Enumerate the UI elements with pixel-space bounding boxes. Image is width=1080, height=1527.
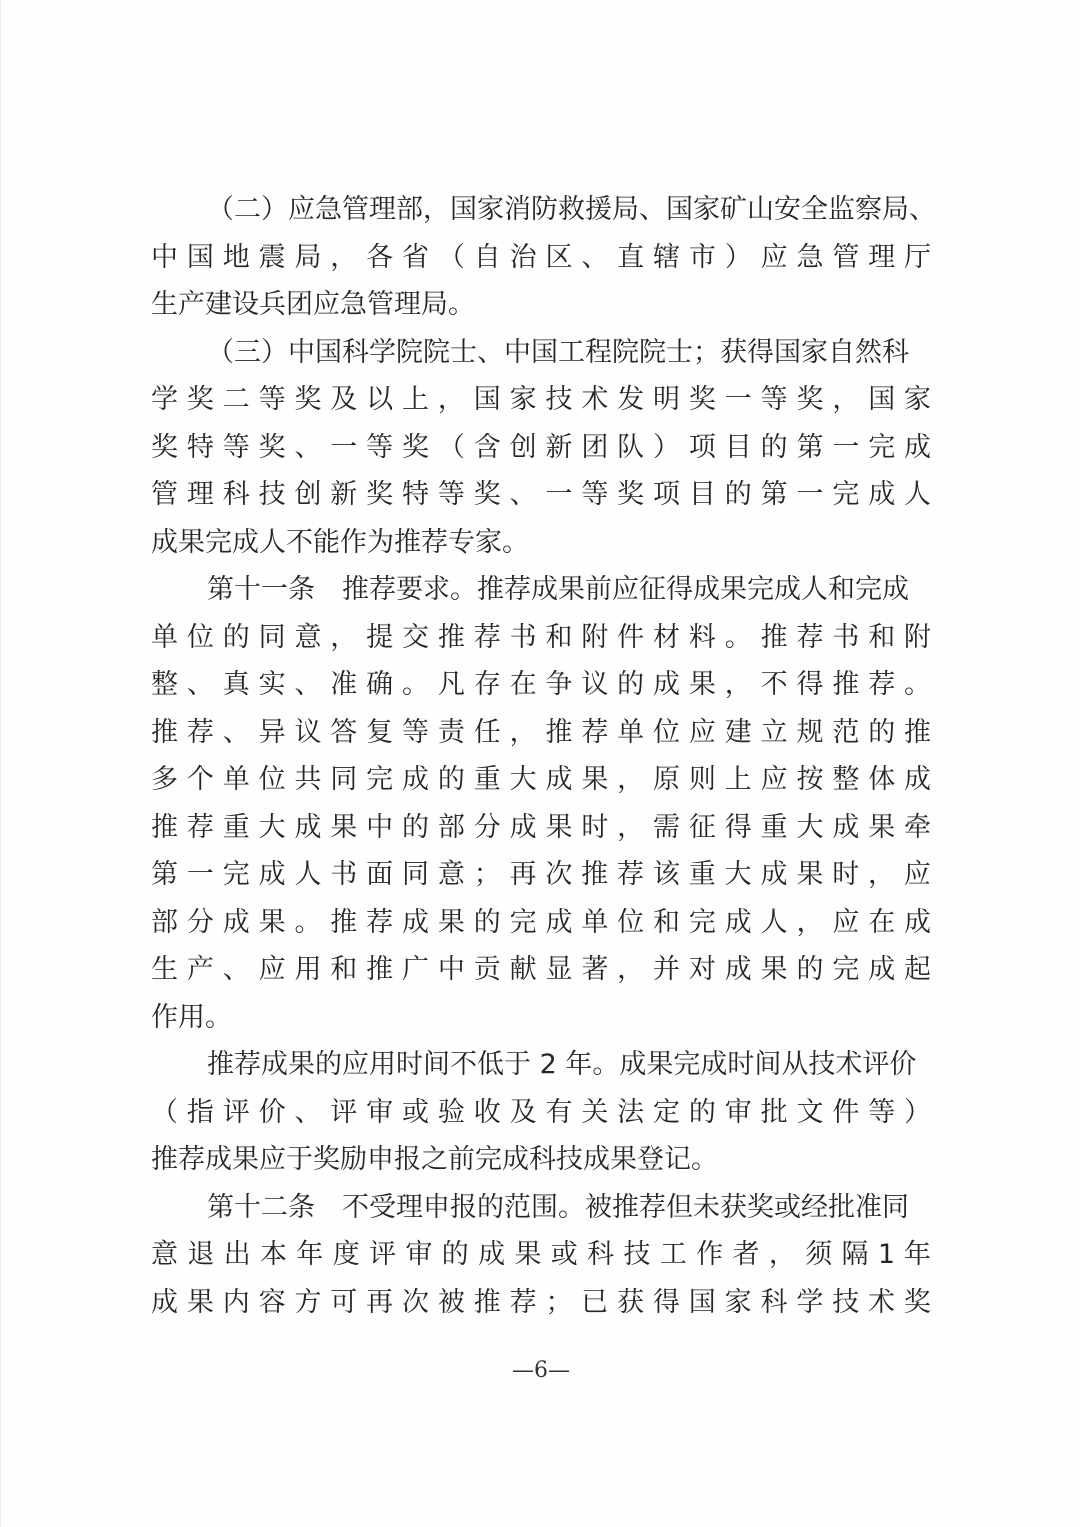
paragraph-item-2: （二）应急管理部，国家消防救援局、国家矿山安全监察局、 中 国 地 震 局 ， … [151,186,931,329]
document-body: （二）应急管理部，国家消防救援局、国家矿山安全监察局、 中 国 地 震 局 ， … [151,186,931,1326]
text-line: （三）中国科学院院士、中国工程院院士；获得国家自然科 [151,329,931,377]
text-line: 作用。 [151,994,931,1042]
text-line: 多 个 单 位 共 同 完 成 的 重 大 成 果 ， 原 则 上 应 按 整 … [151,756,931,804]
text-line: 第 一 完 成 人 书 面 同 意 ； 再 次 推 荐 该 重 大 成 果 时 … [151,851,931,899]
article-heading-line: 第十二条 不受理申报的范围。被推荐但未获奖或经批准同 [151,1184,931,1232]
paragraph-item-3: （三）中国科学院院士、中国工程院院士；获得国家自然科 学 奖 二 等 奖 及 以… [151,329,931,567]
text-line: 推荐成果的应用时间不低于 2 年。成果完成时间从技术评价 [151,1041,931,1089]
text-line: 奖 特 等 奖 、 一 等 奖 （ 含 创 新 团 队 ） 项 目 的 第 一 … [151,424,931,472]
text-line: 推荐成果应于奖励申报之前完成科技成果登记。 [151,1136,931,1184]
text-line: 部 分 成 果 。 推 荐 成 果 的 完 成 单 位 和 完 成 人 ， 应 … [151,899,931,947]
text-line: 意 退 出 本 年 度 评 审 的 成 果 或 科 技 工 作 者 ， 须 隔 … [151,1231,931,1279]
text-line: （ 指 评 价 、 评 审 或 验 收 及 有 关 法 定 的 审 批 文 件 … [151,1089,931,1137]
paragraph-article-11: 第十一条 推荐要求。推荐成果前应征得成果完成人和完成 单 位 的 同 意 ， 提… [151,566,931,1041]
text-line: 单 位 的 同 意 ， 提 交 推 荐 书 和 附 件 材 料 。 推 荐 书 … [151,614,931,662]
text-line: （二）应急管理部，国家消防救援局、国家矿山安全监察局、 [151,186,931,234]
text-line: 中 国 地 震 局 ， 各 省 （ 自 治 区 、 直 辖 市 ） 应 急 管 … [151,234,931,282]
page-number: —6— [1,1358,1080,1383]
text-line: 管 理 科 技 创 新 奖 特 等 奖 、 一 等 奖 项 目 的 第 一 完 … [151,471,931,519]
paragraph-application-time: 推荐成果的应用时间不低于 2 年。成果完成时间从技术评价 （ 指 评 价 、 评… [151,1041,931,1184]
text-line: 生产建设兵团应急管理局。 [151,281,931,329]
article-heading-line: 第十一条 推荐要求。推荐成果前应征得成果完成人和完成 [151,566,931,614]
text-line: 成果完成人不能作为推荐专家。 [151,519,931,567]
text-line: 推 荐 、 异 议 答 复 等 责 任 ， 推 荐 单 位 应 建 立 规 范 … [151,709,931,757]
paragraph-article-12: 第十二条 不受理申报的范围。被推荐但未获奖或经批准同 意 退 出 本 年 度 评… [151,1184,931,1327]
text-line: 推 荐 重 大 成 果 中 的 部 分 成 果 时 ， 需 征 得 重 大 成 … [151,804,931,852]
text-line: 成 果 内 容 方 可 再 次 被 推 荐 ； 已 获 得 国 家 科 学 技 … [151,1279,931,1327]
text-line: 学 奖 二 等 奖 及 以 上 ， 国 家 技 术 发 明 奖 一 等 奖 ， … [151,376,931,424]
document-page: （二）应急管理部，国家消防救援局、国家矿山安全监察局、 中 国 地 震 局 ， … [0,0,1080,1527]
text-line: 生 产 、 应 用 和 推 广 中 贡 献 显 著 ， 并 对 成 果 的 完 … [151,946,931,994]
text-line: 整 、 真 实 、 准 确 。 凡 存 在 争 议 的 成 果 ， 不 得 推 … [151,661,931,709]
